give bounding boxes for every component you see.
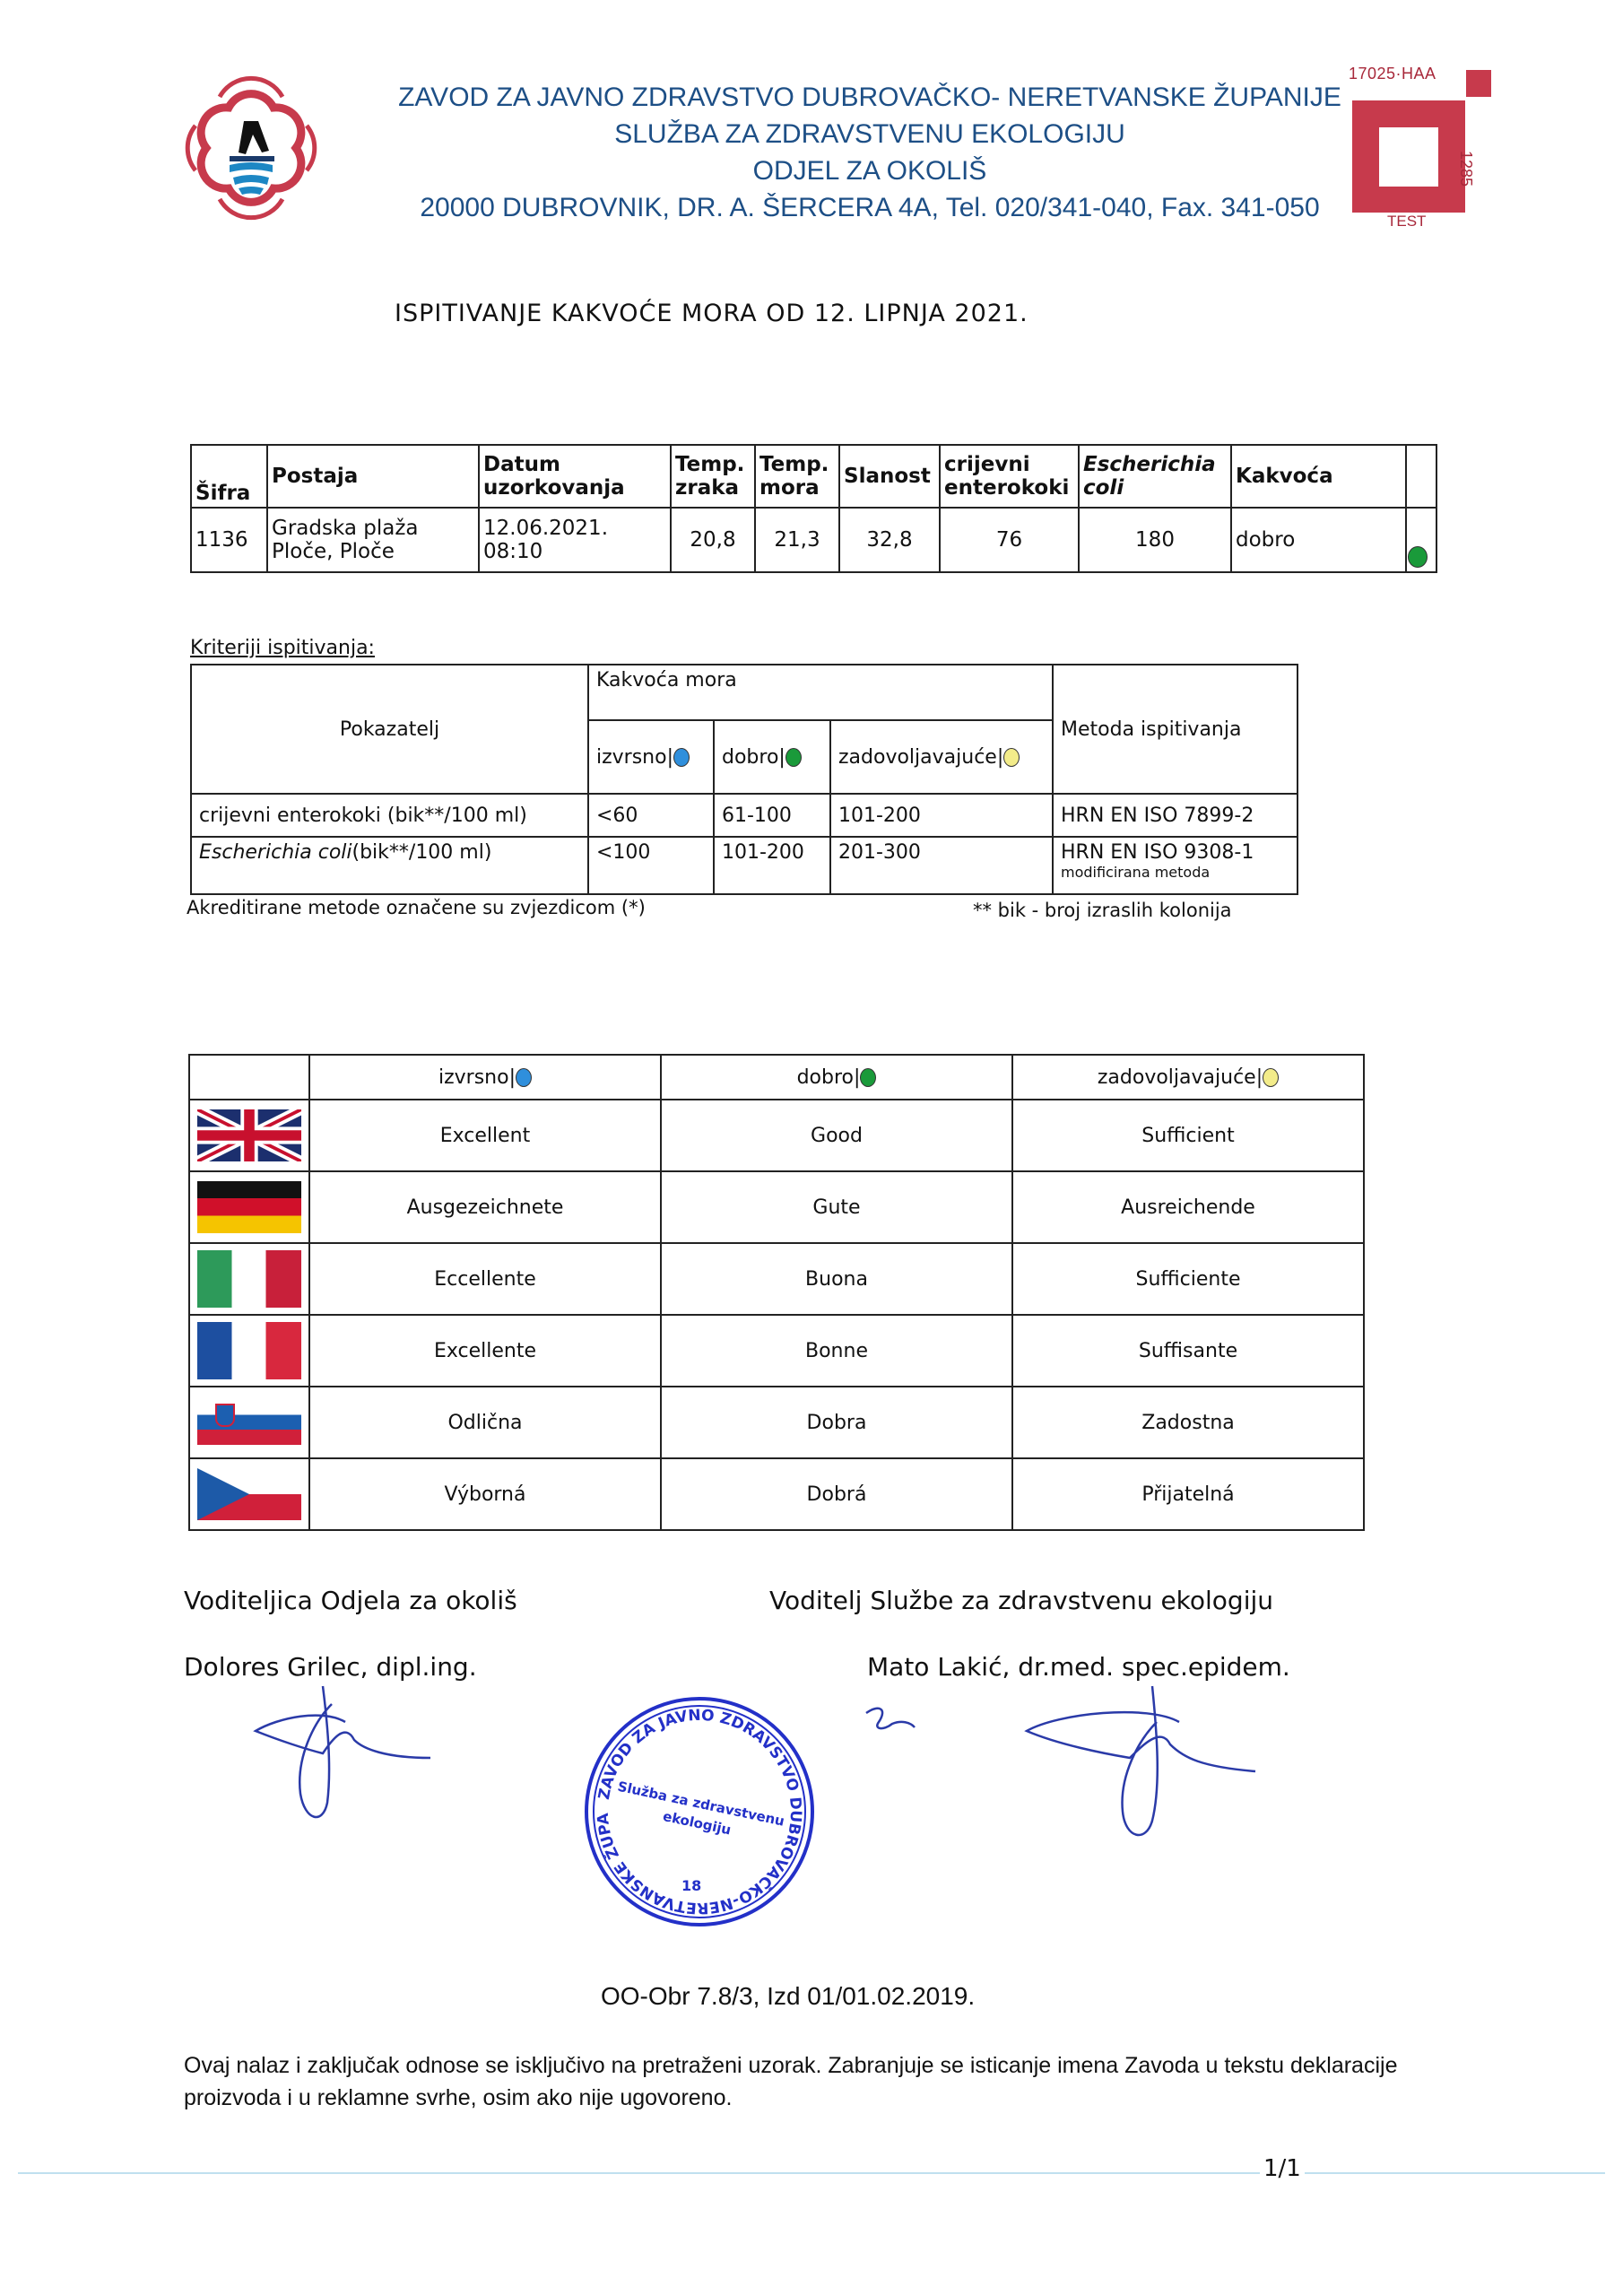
col-kakvoca-mora: Kakvoća mora [588,665,1053,720]
slanost-cell: 32,8 [839,508,940,572]
sifra-cell: 1136 [191,508,267,572]
level-dobro: dobro| [714,720,830,794]
col-metoda: Metoda ispitivanja [1053,665,1298,794]
blue-dot-icon [516,1068,532,1087]
yellow-dot-icon [1003,748,1020,767]
table-row: Eccellente Buona Sufficiente [189,1243,1364,1315]
accreditation-square-small [1466,70,1491,97]
right-signer-role: Voditelj Službe za zdravstvenu ekologiju [769,1586,1273,1615]
enterokoki-cell: 76 [940,508,1079,572]
france-flag-icon [197,1322,301,1379]
accreditation-code: 17025·HAA [1349,65,1436,83]
italy-flag-icon [197,1250,301,1308]
legal-note: Ovaj nalaz i zaključak odnose se isključ… [184,2049,1439,2114]
col-sifra: Šifra [191,445,267,508]
bik-footnote: ** bik - broj izraslih kolonija [973,900,1232,921]
table-row: Excellent Good Sufficient [189,1100,1364,1171]
institute-logo [179,72,323,224]
col-slanost: Slanost [839,445,940,508]
uk-flag-icon [197,1109,301,1161]
temp-mora-cell: 21,3 [755,508,839,572]
table-row: 1136 Gradska plaža Ploče, Ploče 12.06.20… [191,508,1436,572]
col-ecoli: Escherichia coli [1079,445,1231,508]
col-status [1406,445,1436,508]
accreditation-number: 1285 [1456,151,1475,187]
yellow-dot-icon [1263,1068,1279,1087]
criteria-label: Kriteriji ispitivanja: [190,637,375,659]
criteria-table: Pokazatelj Kakvoća mora Metoda ispitivan… [190,664,1298,895]
green-dot-icon [785,748,802,767]
accreditation-label: TEST [1387,213,1426,230]
level-zadovoljavajuce: zadovoljavajuće| [830,720,1053,794]
ecoli-cell: 180 [1079,508,1231,572]
status-cell [1406,508,1436,572]
col-temp-zraka: Temp. zraka [671,445,755,508]
datum-cell: 12.06.2021. 08:10 [479,508,671,572]
institute-header: ZAVOD ZA JAVNO ZDRAVSTVO DUBROVAČKO- NER… [377,79,1363,226]
right-signature [861,1668,1273,1848]
left-signer-role: Voditeljica Odjela za okoliš [184,1586,517,1615]
official-stamp: ZAVOD ZA JAVNO ZDRAVSTVO DUBROVAČKO-NERE… [581,1693,818,1930]
col-postaja: Postaja [267,445,479,508]
accredited-footnote: Akreditirane metode označene su zvjezdic… [187,897,646,918]
czech-flag-icon [197,1468,301,1520]
col-enterokoki: crijevni enterokoki [940,445,1079,508]
green-dot-icon [860,1068,876,1087]
footer-divider [18,2172,1605,2174]
level-izvrsno: izvrsno| [588,720,714,794]
document-title: ISPITIVANJE KAKVOĆE MORA OD 12. LIPNJA 2… [395,300,1028,327]
col-datum: Datum uzorkovanja [479,445,671,508]
table-row: Výborná Dobrá Přijatelná [189,1458,1364,1530]
institute-address: 20000 DUBROVNIK, DR. A. ŠERCERA 4A, Tel.… [377,189,1363,226]
temp-zraka-cell: 20,8 [671,508,755,572]
col-pokazatelj: Pokazatelj [191,665,588,794]
postaja-cell: Gradska plaža Ploče, Ploče [267,508,479,572]
table-row: Ausgezeichnete Gute Ausreichende [189,1171,1364,1243]
blue-dot-icon [673,748,690,767]
translation-header-row: izvrsno| dobro| zadovoljavajuće| [189,1055,1364,1100]
col-temp-mora: Temp. mora [755,445,839,508]
svg-text:18: 18 [681,1877,701,1894]
table-row: Escherichia coli(bik**/100 ml) <100 101-… [191,837,1298,894]
kakvoca-cell: dobro [1231,508,1406,572]
left-signature [242,1668,475,1830]
page-number: 1/1 [1260,2155,1305,2182]
translation-table: izvrsno| dobro| zadovoljavajuće| Excelle… [188,1054,1365,1531]
results-header-row: Šifra Postaja Datum uzorkovanja Temp. zr… [191,445,1436,508]
table-row: Excellente Bonne Suffisante [189,1315,1364,1387]
institute-name: ZAVOD ZA JAVNO ZDRAVSTVO DUBROVAČKO- NER… [377,79,1363,116]
germany-flag-icon [197,1181,301,1233]
department-name: ODJEL ZA OKOLIŠ [377,152,1363,189]
table-row: crijevni enterokoki (bik**/100 ml) <60 6… [191,794,1298,837]
slovenia-flag-icon [197,1400,301,1445]
accreditation-mark: 17025·HAA 1285 TEST [1345,63,1497,233]
form-identifier: OO-Obr 7.8/3, Izd 01/01.02.2019. [601,1982,975,2011]
service-name: SLUŽBA ZA ZDRAVSTVENU EKOLOGIJU [377,116,1363,152]
results-table: Šifra Postaja Datum uzorkovanja Temp. zr… [190,444,1437,573]
quality-status-icon [1408,546,1428,568]
col-kakvoca: Kakvoća [1231,445,1406,508]
table-row: Odlična Dobra Zadostna [189,1387,1364,1458]
